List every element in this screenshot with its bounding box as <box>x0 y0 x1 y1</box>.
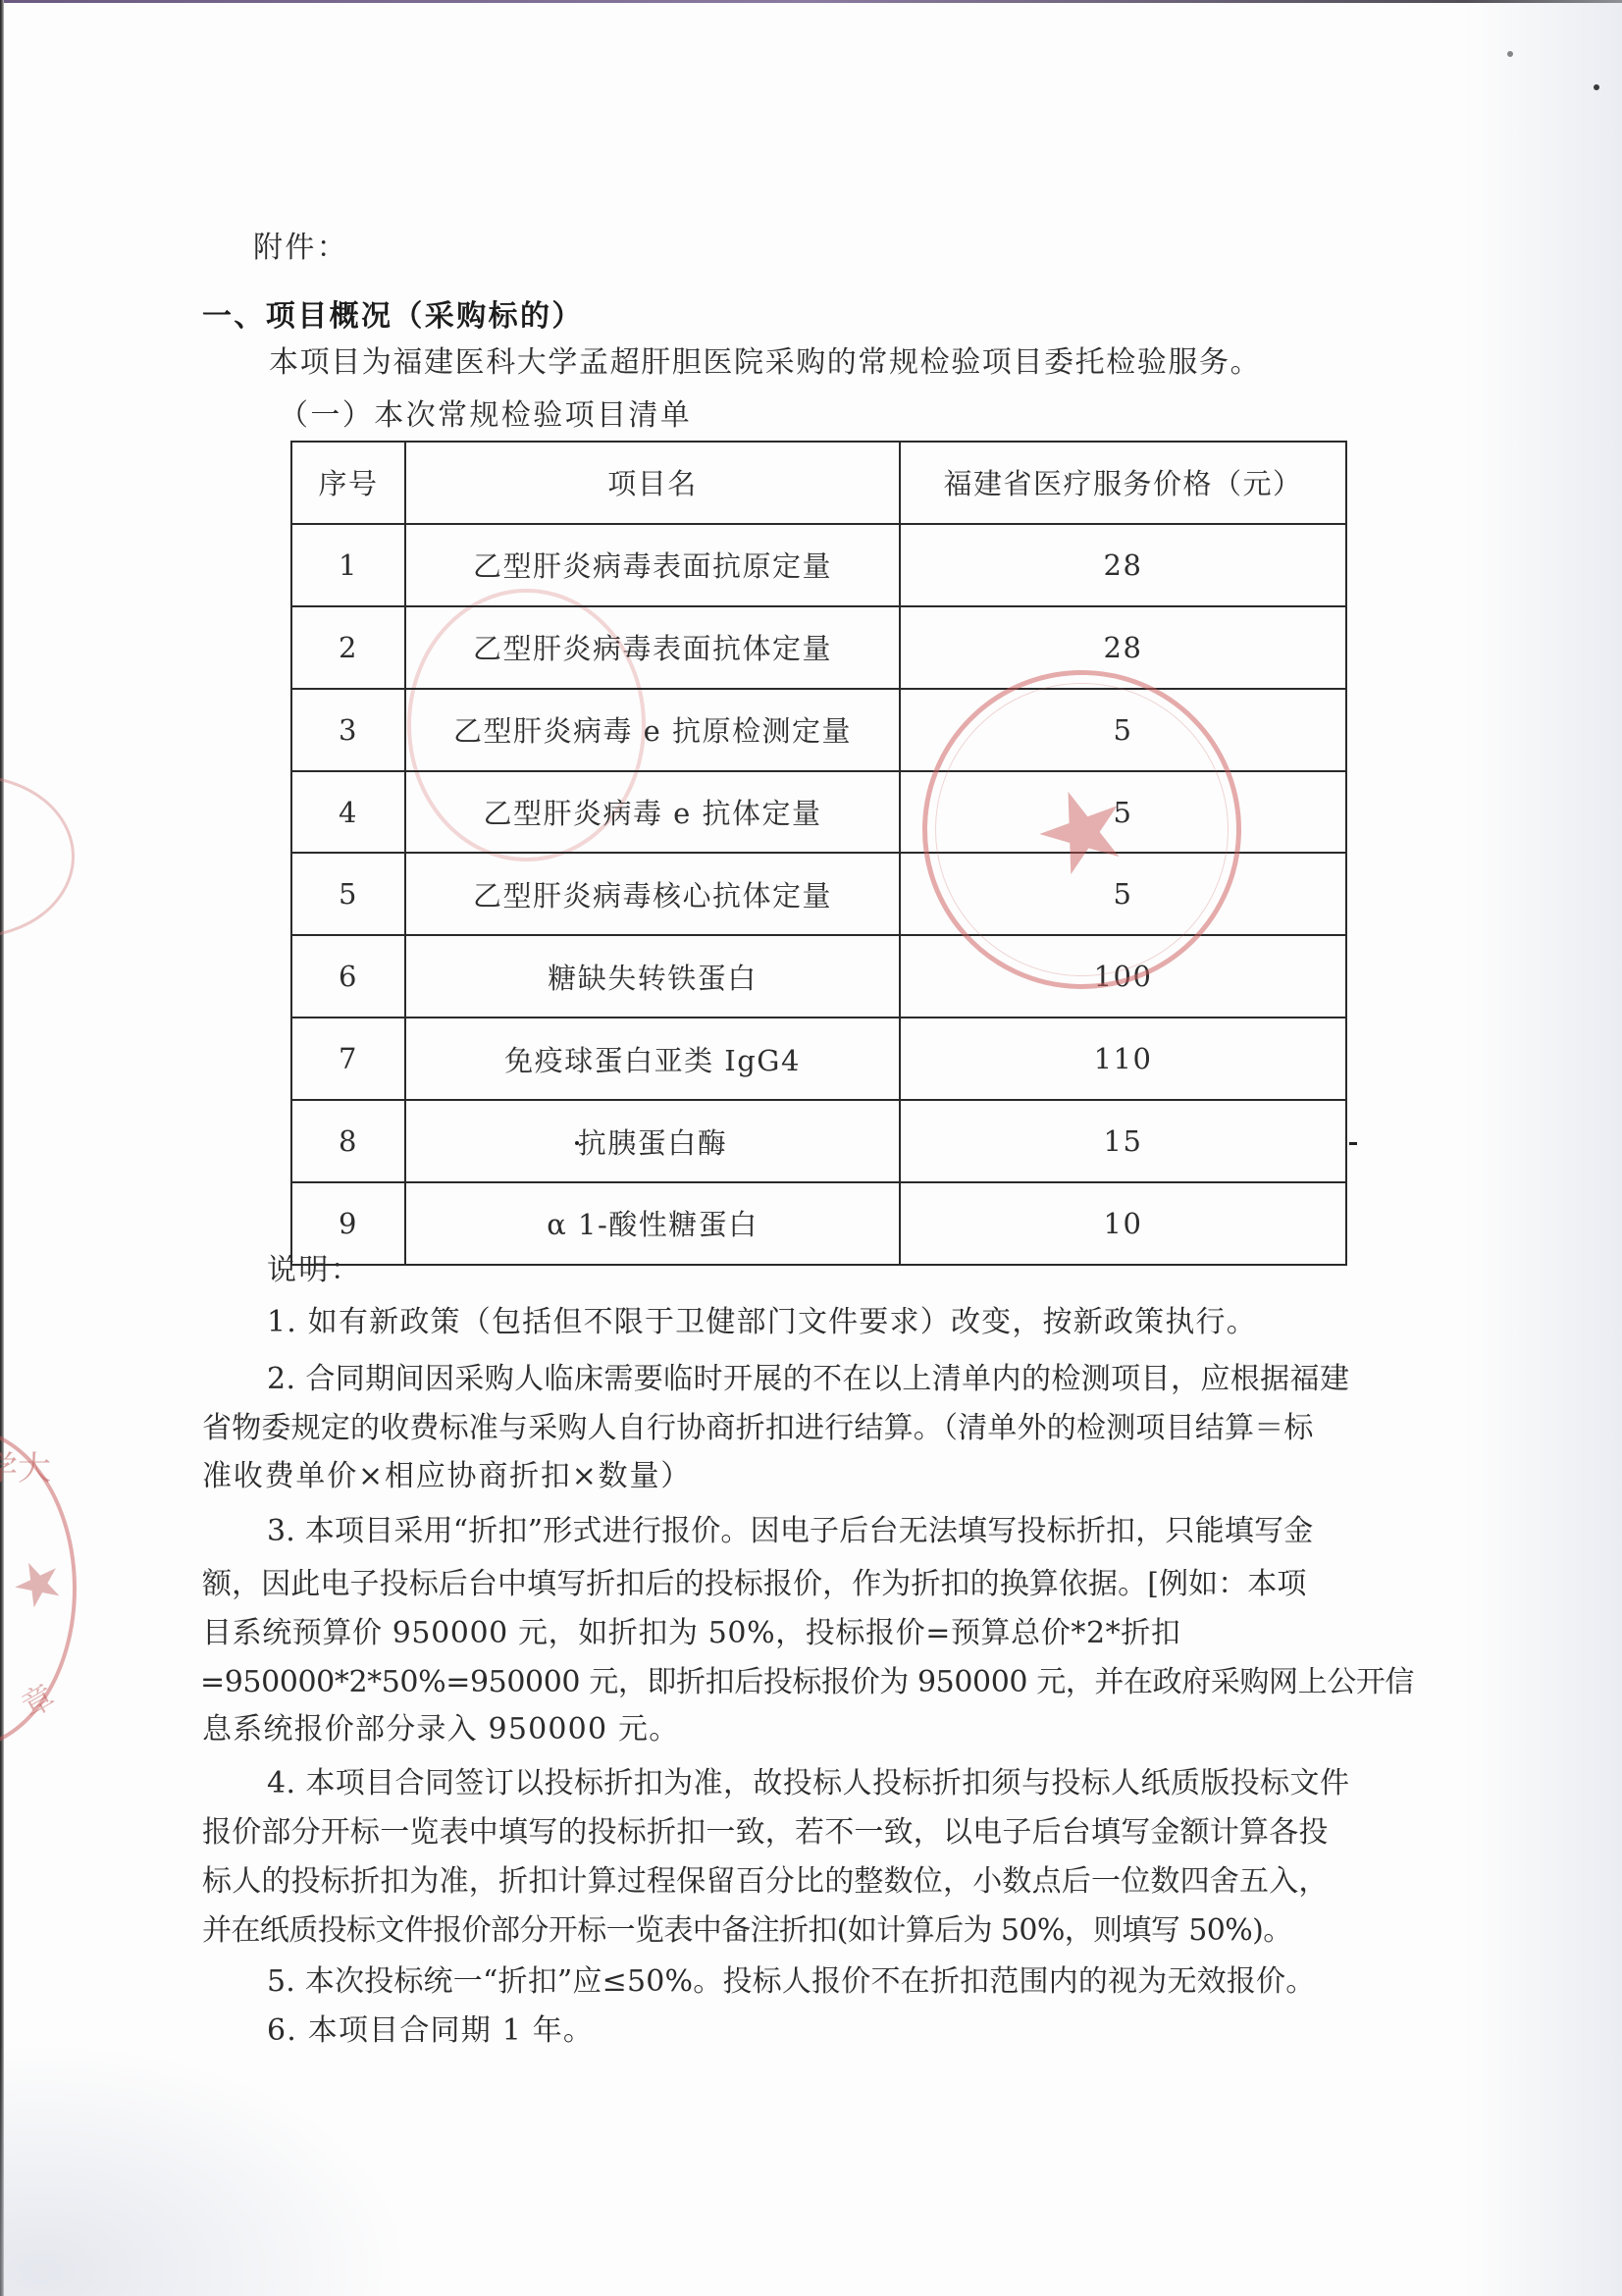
cell-price: 5 <box>900 689 1346 771</box>
star-icon: ★ <box>0 1541 77 1626</box>
cell-item-name: 抗胰蛋白酶 <box>405 1100 900 1182</box>
note-line: =950000*2*50%=950000 元，即折扣后投标报价为 950000 … <box>200 1666 1414 1699</box>
cell-price: 5 <box>900 853 1346 935</box>
cell-no: 7 <box>291 1018 405 1100</box>
note-line: 报价部分开标一览表中填写的投标折扣一致，若不一致，以电子后台填写金额计算各投 <box>202 1816 1329 1850</box>
partial-stamp-left-top <box>0 775 75 938</box>
stray-mark <box>575 1141 579 1145</box>
header-price: 福建省医疗服务价格（元） <box>900 442 1346 524</box>
note-line: 1. 如有新政策（包括但不限于卫健部门文件要求）改变，按新政策执行。 <box>267 1306 1257 1339</box>
table-row: 9 α 1-酸性糖蛋白 10 <box>291 1182 1346 1265</box>
cell-no: 8 <box>291 1100 405 1182</box>
cell-item-name: 乙型肝炎病毒表面抗原定量 <box>405 524 900 606</box>
stamp-text: 学大 <box>0 1441 51 1489</box>
scan-edge-top <box>0 0 1622 3</box>
cell-price: 110 <box>900 1018 1346 1100</box>
note-line: 目系统预算价 950000 元，如折扣为 50%，投标报价=预算总价*2*折扣 <box>202 1617 1180 1650</box>
scan-dust-mark <box>1507 51 1513 57</box>
note-line: 额，因此电子投标后台中填写折扣后的投标报价，作为折扣的换算依据。[例如：本项 <box>202 1568 1307 1601</box>
table-header-row: 序号 项目名 福建省医疗服务价格（元） <box>291 442 1346 524</box>
cell-no: 3 <box>291 689 405 771</box>
cell-no: 5 <box>291 853 405 935</box>
cell-price: 10 <box>900 1182 1346 1265</box>
notes-heading: 说明： <box>267 1254 362 1287</box>
attachment-label: 附件： <box>253 232 348 265</box>
cell-price: 15 <box>900 1100 1346 1182</box>
cell-item-name: 免疫球蛋白亚类 IgG4 <box>405 1018 900 1100</box>
table-row: 4 乙型肝炎病毒 e 抗体定量 5 <box>291 771 1346 854</box>
note-line: 省物委规定的收费标准与采购人自行协商折扣进行结算。（清单外的检测项目结算＝标 <box>202 1412 1314 1445</box>
stamp-text: 章 <box>13 1672 63 1727</box>
subsection-title: （一）本次常规检验项目清单 <box>279 399 692 433</box>
cell-item-name: α 1-酸性糖蛋白 <box>405 1182 900 1265</box>
table-row: 1 乙型肝炎病毒表面抗原定量 28 <box>291 524 1346 606</box>
cell-no: 4 <box>291 771 405 854</box>
scan-shadow-right <box>1465 0 1622 2296</box>
stray-mark <box>1349 1142 1357 1145</box>
note-line: 准收费单价×相应协商折扣×数量） <box>202 1460 692 1493</box>
cell-item-name: 乙型肝炎病毒核心抗体定量 <box>405 853 900 935</box>
inspection-items-table: 序号 项目名 福建省医疗服务价格（元） 1 乙型肝炎病毒表面抗原定量 28 2 … <box>290 441 1347 1266</box>
partial-stamp-left-bottom: 学大 ★ 章 <box>0 1428 77 1749</box>
table-row: 6 糖缺失转铁蛋白 100 <box>291 935 1346 1018</box>
cell-no: 2 <box>291 606 405 689</box>
cell-item-name: 乙型肝炎病毒 e 抗体定量 <box>405 771 900 854</box>
note-line: 4. 本项目合同签订以投标折扣为准，故投标人投标折扣须与投标人纸质版投标文件 <box>267 1767 1349 1800</box>
cell-no: 1 <box>291 524 405 606</box>
scan-dust-mark <box>1594 84 1599 90</box>
intro-paragraph: 本项目为福建医科大学孟超肝胆医院采购的常规检验项目委托检验服务。 <box>269 346 1261 380</box>
note-line: 3. 本项目采用“折扣”形式进行报价。因电子后台无法填写投标折扣，只能填写金 <box>267 1515 1313 1548</box>
cell-price: 100 <box>900 935 1346 1018</box>
scan-edge-left <box>0 0 4 2296</box>
header-item-name: 项目名 <box>405 442 900 524</box>
cell-item-name: 乙型肝炎病毒 e 抗原检测定量 <box>405 689 900 771</box>
cell-price: 5 <box>900 771 1346 854</box>
note-line: 5. 本次投标统一“折扣”应≤50%。投标人报价不在折扣范围内的视为无效报价。 <box>267 1965 1315 1999</box>
scan-shadow <box>0 2041 412 2296</box>
cell-price: 28 <box>900 524 1346 606</box>
note-line: 并在纸质投标文件报价部分开标一览表中备注折扣(如计算后为 50%，则填写 50%… <box>202 1914 1292 1948</box>
cell-price: 28 <box>900 606 1346 689</box>
cell-no: 6 <box>291 935 405 1018</box>
table-row: 5 乙型肝炎病毒核心抗体定量 5 <box>291 853 1346 935</box>
table-row: 8 抗胰蛋白酶 15 <box>291 1100 1346 1182</box>
note-line: 息系统报价部分录入 950000 元。 <box>202 1713 679 1747</box>
table-row: 7 免疫球蛋白亚类 IgG4 110 <box>291 1018 1346 1100</box>
note-line: 2. 合同期间因采购人临床需要临时开展的不在以上清单内的检测项目，应根据福建 <box>267 1363 1349 1396</box>
header-no: 序号 <box>291 442 405 524</box>
note-line: 6. 本项目合同期 1 年。 <box>267 2014 594 2048</box>
table-row: 3 乙型肝炎病毒 e 抗原检测定量 5 <box>291 689 1346 771</box>
table-row: 2 乙型肝炎病毒表面抗体定量 28 <box>291 606 1346 689</box>
cell-item-name: 糖缺失转铁蛋白 <box>405 935 900 1018</box>
section-title: 一、项目概况（采购标的） <box>202 300 584 334</box>
cell-item-name: 乙型肝炎病毒表面抗体定量 <box>405 606 900 689</box>
note-line: 标人的投标折扣为准，折扣计算过程保留百分比的整数位，小数点后一位数四舍五入， <box>202 1865 1329 1899</box>
